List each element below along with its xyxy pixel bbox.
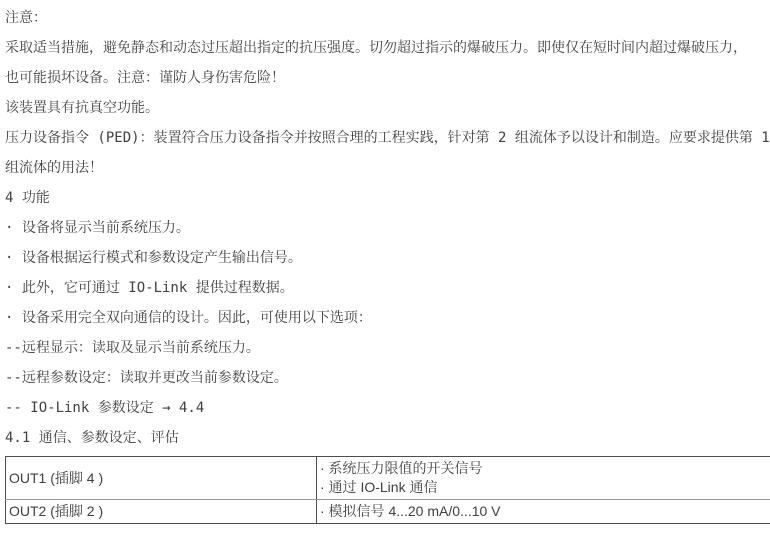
option-io-link-param-ref: -- IO-Link 参数设定 → 4.4: [5, 393, 770, 423]
table-row-out1: OUT1 (插脚 4 ) · 系统压力限值的开关信号 · 通过 IO-Link …: [6, 457, 770, 500]
bullet-output-signals: · 设备根据运行模式和参数设定产生输出信号。: [5, 243, 770, 273]
out2-label-cell: OUT2 (插脚 2 ): [6, 500, 317, 524]
ped-directive-line-2: 组流体的用法！: [5, 153, 770, 183]
outputs-table: OUT1 (插脚 4 ) · 系统压力限值的开关信号 · 通过 IO-Link …: [5, 456, 770, 524]
out2-description-cell: · 模拟信号 4...20 mA/0...10 V: [317, 500, 770, 524]
out1-label: OUT1 (插脚 4 ): [9, 469, 312, 488]
out1-bullet-switching-signal: · 系统压力限值的开关信号: [320, 459, 770, 478]
out2-bullet-analogue-signal: · 模拟信号 4...20 mA/0...10 V: [320, 502, 770, 521]
bullet-bidirectional-comm: · 设备采用完全双向通信的设计。因此，可使用以下选项：: [5, 303, 770, 333]
option-remote-display: --远程显示：读取及显示当前系统压力。: [5, 333, 770, 363]
vacuum-resistance-note: 该装置具有抗真空功能。: [5, 93, 770, 123]
out1-bullet-io-link-comm: · 通过 IO-Link 通信: [320, 478, 770, 497]
note-heading: 注意：: [5, 3, 770, 33]
section-heading-communication: 4.1 通信、参数设定、评估: [5, 423, 770, 453]
section-heading-functions: 4 功能: [5, 183, 770, 213]
out2-label: OUT2 (插脚 2 ): [9, 502, 312, 521]
ped-directive-line-1: 压力设备指令 (PED)：装置符合压力设备指令并按照合理的工程实践，针对第 2 …: [5, 123, 770, 153]
option-remote-parameter: --远程参数设定：读取并更改当前参数设定。: [5, 363, 770, 393]
bullet-display-pressure: · 设备将显示当前系统压力。: [5, 213, 770, 243]
out1-description-cell: · 系统压力限值的开关信号 · 通过 IO-Link 通信: [317, 457, 770, 500]
out1-label-cell: OUT1 (插脚 4 ): [6, 457, 317, 500]
manual-page: 注意： 采取适当措施，避免静态和动态过压超出指定的抗压强度。切勿超过指示的爆破压…: [0, 0, 770, 524]
warning-text-line-1: 采取适当措施，避免静态和动态过压超出指定的抗压强度。切勿超过指示的爆破压力。即使…: [5, 33, 770, 63]
bullet-io-link-process-data: · 此外，它可通过 IO-Link 提供过程数据。: [5, 273, 770, 303]
table-row-out2: OUT2 (插脚 2 ) · 模拟信号 4...20 mA/0...10 V: [6, 500, 770, 524]
warning-text-line-2: 也可能损坏设备。注意：谨防人身伤害危险！: [5, 63, 770, 93]
